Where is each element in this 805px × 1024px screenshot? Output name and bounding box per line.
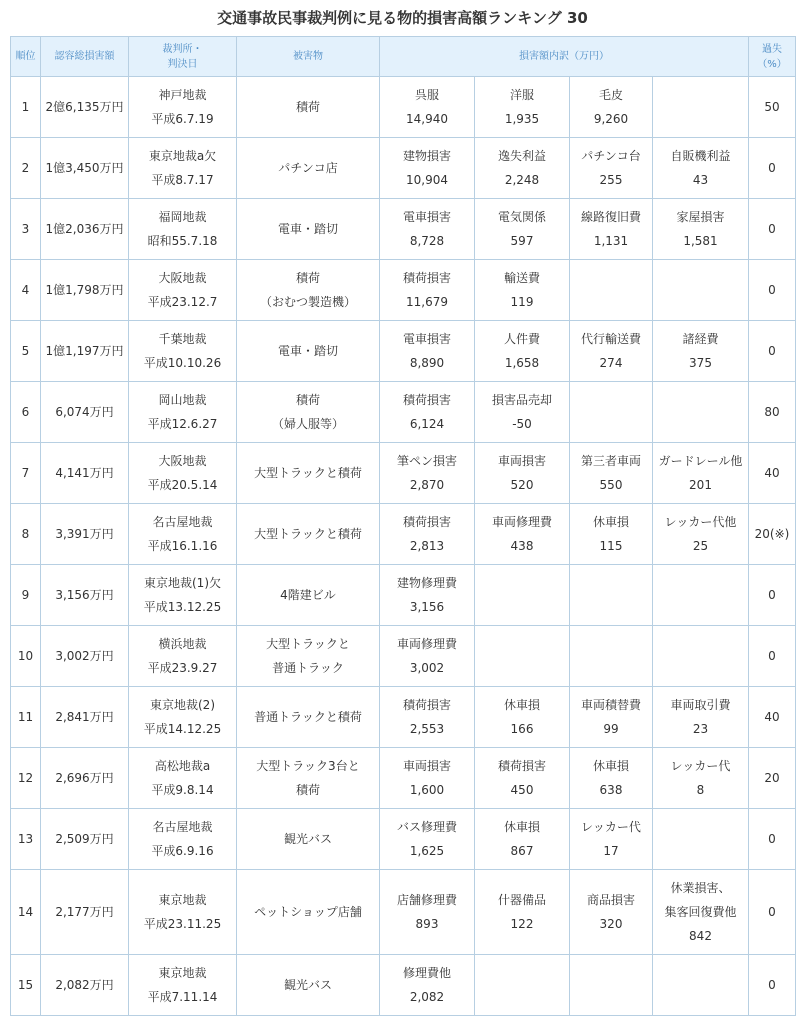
header-fault: 過失（%） xyxy=(749,37,796,77)
breakdown-label: 車両積替費 xyxy=(570,693,652,717)
court-name: 横浜地裁 xyxy=(129,632,236,656)
breakdown-cell: 家屋損害1,581 xyxy=(653,199,749,260)
header-court: 裁判所・判決日 xyxy=(129,37,237,77)
breakdown-label: レッカー代 xyxy=(570,815,652,839)
breakdown-label: 店舗修理費 xyxy=(380,888,474,912)
header-court-line1: 裁判所・ xyxy=(129,42,236,57)
breakdown-amount: 375 xyxy=(653,351,748,375)
breakdown-amount: 8,890 xyxy=(380,351,474,375)
breakdown-cell: 車両取引費23 xyxy=(653,687,749,748)
header-victim: 被害物 xyxy=(237,37,380,77)
breakdown-amount: 14,940 xyxy=(380,107,474,131)
judgment-date: 昭和55.7.18 xyxy=(129,229,236,253)
breakdown-amount: 201 xyxy=(653,473,748,497)
court-name: 東京地裁 xyxy=(129,888,236,912)
breakdown-label: 車両損害 xyxy=(380,754,474,778)
breakdown-amount: 2,870 xyxy=(380,473,474,497)
rank-cell: 8 xyxy=(11,504,41,565)
breakdown-label: 呉服 xyxy=(380,83,474,107)
breakdown-amount: 2,553 xyxy=(380,717,474,741)
breakdown-amount: 6,124 xyxy=(380,412,474,436)
court-name: 大阪地裁 xyxy=(129,266,236,290)
breakdown-amount: 1,131 xyxy=(570,229,652,253)
breakdown-amount: 1,658 xyxy=(475,351,569,375)
judgment-date: 平成12.6.27 xyxy=(129,412,236,436)
breakdown-cell: 車両修理費438 xyxy=(475,504,570,565)
judgment-date: 平成20.5.14 xyxy=(129,473,236,497)
breakdown-amount: 119 xyxy=(475,290,569,314)
breakdown-amount: -50 xyxy=(475,412,569,436)
breakdown-cell: ガードレール他201 xyxy=(653,443,749,504)
victim-cell: 積荷（おむつ製造機） xyxy=(237,260,380,321)
court-name: 東京地裁(2) xyxy=(129,693,236,717)
breakdown-cell: 休車損166 xyxy=(475,687,570,748)
rank-cell: 5 xyxy=(11,321,41,382)
breakdown-amount: 1,935 xyxy=(475,107,569,131)
breakdown-cell: 修理費他2,082 xyxy=(380,955,475,1016)
breakdown-label: 休車損 xyxy=(570,754,652,778)
breakdown-cell: 代行輸送費274 xyxy=(570,321,653,382)
breakdown-label: 休車損 xyxy=(570,510,652,534)
breakdown-cell: 積荷損害6,124 xyxy=(380,382,475,443)
breakdown-amount: 842 xyxy=(653,924,748,948)
breakdown-amount: 17 xyxy=(570,839,652,863)
fault-cell: 40 xyxy=(749,443,796,504)
rank-cell: 2 xyxy=(11,138,41,199)
breakdown-amount: 597 xyxy=(475,229,569,253)
breakdown-cell: 電気関係597 xyxy=(475,199,570,260)
breakdown-label: 逸失利益 xyxy=(475,144,569,168)
breakdown-label: 輸送費 xyxy=(475,266,569,290)
breakdown-cell: 洋服1,935 xyxy=(475,77,570,138)
breakdown-amount: 1,625 xyxy=(380,839,474,863)
fault-cell: 50 xyxy=(749,77,796,138)
victim-cell: 大型トラックと普通トラック xyxy=(237,626,380,687)
breakdown-cell xyxy=(570,260,653,321)
header-breakdown: 損害額内訳（万円） xyxy=(380,37,749,77)
breakdown-cell xyxy=(653,626,749,687)
breakdown-cell: 電車損害8,728 xyxy=(380,199,475,260)
breakdown-label: 休車損 xyxy=(475,693,569,717)
rank-cell: 9 xyxy=(11,565,41,626)
victim-line1: 大型トラックと積荷 xyxy=(237,461,379,485)
breakdown-label: 諸経費 xyxy=(653,327,748,351)
total-cell: 2億6,135万円 xyxy=(41,77,129,138)
victim-line1: 積荷 xyxy=(237,388,379,412)
breakdown-cell: 建物修理費3,156 xyxy=(380,565,475,626)
breakdown-cell: 線路復旧費1,131 xyxy=(570,199,653,260)
court-name: 東京地裁a欠 xyxy=(129,144,236,168)
breakdown-amount: 8,728 xyxy=(380,229,474,253)
breakdown-label: レッカー代他 xyxy=(653,510,748,534)
fault-cell: 0 xyxy=(749,955,796,1016)
rank-cell: 7 xyxy=(11,443,41,504)
breakdown-label: 車両損害 xyxy=(475,449,569,473)
breakdown-cell xyxy=(653,382,749,443)
breakdown-amount: 2,082 xyxy=(380,985,474,1009)
breakdown-label: 休業損害、 集客回復費他 xyxy=(653,876,748,924)
victim-cell: 観光バス xyxy=(237,809,380,870)
breakdown-label: 損害品売却 xyxy=(475,388,569,412)
breakdown-label: 什器備品 xyxy=(475,888,569,912)
judgment-date: 平成10.10.26 xyxy=(129,351,236,375)
breakdown-amount: 638 xyxy=(570,778,652,802)
judgment-date: 平成23.11.25 xyxy=(129,912,236,936)
total-cell: 1億1,798万円 xyxy=(41,260,129,321)
breakdown-label: バス修理費 xyxy=(380,815,474,839)
breakdown-cell: レッカー代17 xyxy=(570,809,653,870)
total-cell: 3,391万円 xyxy=(41,504,129,565)
breakdown-cell: 電車損害8,890 xyxy=(380,321,475,382)
breakdown-cell: レッカー代他25 xyxy=(653,504,749,565)
victim-cell: パチンコ店 xyxy=(237,138,380,199)
table-row: 142,177万円東京地裁平成23.11.25ペットショップ店舗店舗修理費893… xyxy=(11,870,796,955)
breakdown-cell xyxy=(653,260,749,321)
court-name: 東京地裁(1)欠 xyxy=(129,571,236,595)
breakdown-cell: 積荷損害2,553 xyxy=(380,687,475,748)
breakdown-label: 毛皮 xyxy=(570,83,652,107)
breakdown-cell xyxy=(653,77,749,138)
breakdown-cell: 什器備品122 xyxy=(475,870,570,955)
breakdown-label: 建物修理費 xyxy=(380,571,474,595)
total-cell: 3,156万円 xyxy=(41,565,129,626)
court-cell: 横浜地裁平成23.9.27 xyxy=(129,626,237,687)
court-cell: 名古屋地裁平成16.1.16 xyxy=(129,504,237,565)
judgment-date: 平成9.8.14 xyxy=(129,778,236,802)
fault-cell: 0 xyxy=(749,138,796,199)
breakdown-amount: 2,248 xyxy=(475,168,569,192)
court-name: 神戸地裁 xyxy=(129,83,236,107)
breakdown-cell: 車両修理費3,002 xyxy=(380,626,475,687)
court-name: 福岡地裁 xyxy=(129,205,236,229)
victim-line1: ペットショップ店舗 xyxy=(237,900,379,924)
table-row: 21億3,450万円東京地裁a欠平成8.7.17パチンコ店建物損害10,904逸… xyxy=(11,138,796,199)
header-fault-line1: 過失 xyxy=(749,42,795,57)
breakdown-amount: 23 xyxy=(653,717,748,741)
judgment-date: 平成16.1.16 xyxy=(129,534,236,558)
breakdown-amount: 115 xyxy=(570,534,652,558)
header-total: 認容総損害額 xyxy=(41,37,129,77)
rank-cell: 11 xyxy=(11,687,41,748)
breakdown-amount: 255 xyxy=(570,168,652,192)
table-row: 74,141万円大阪地裁平成20.5.14大型トラックと積荷筆ペン損害2,870… xyxy=(11,443,796,504)
breakdown-label: 家屋損害 xyxy=(653,205,748,229)
court-cell: 大阪地裁平成20.5.14 xyxy=(129,443,237,504)
victim-cell: 電車・踏切 xyxy=(237,199,380,260)
breakdown-amount: 1,581 xyxy=(653,229,748,253)
breakdown-amount: 10,904 xyxy=(380,168,474,192)
page-title: 交通事故民事裁判例に見る物的損害高額ランキング 30 xyxy=(0,0,805,36)
victim-cell: 電車・踏切 xyxy=(237,321,380,382)
victim-line1: 観光バス xyxy=(237,827,379,851)
rank-cell: 6 xyxy=(11,382,41,443)
table-row: 122,696万円高松地裁a平成9.8.14大型トラック3台と積荷車両損害1,6… xyxy=(11,748,796,809)
breakdown-cell: 店舗修理費893 xyxy=(380,870,475,955)
table-row: 51億1,197万円千葉地裁平成10.10.26電車・踏切電車損害8,890人件… xyxy=(11,321,796,382)
fault-cell: 0 xyxy=(749,565,796,626)
court-cell: 東京地裁平成23.11.25 xyxy=(129,870,237,955)
breakdown-label: 建物損害 xyxy=(380,144,474,168)
victim-cell: ペットショップ店舗 xyxy=(237,870,380,955)
victim-line2: （婦人服等） xyxy=(237,412,379,436)
total-cell: 1億2,036万円 xyxy=(41,199,129,260)
victim-cell: 観光バス xyxy=(237,955,380,1016)
total-cell: 2,082万円 xyxy=(41,955,129,1016)
victim-cell: 4階建ビル xyxy=(237,565,380,626)
breakdown-amount: 3,156 xyxy=(380,595,474,619)
victim-line1: 積荷 xyxy=(237,95,379,119)
victim-cell: 積荷（婦人服等） xyxy=(237,382,380,443)
judgment-date: 平成8.7.17 xyxy=(129,168,236,192)
breakdown-amount: 9,260 xyxy=(570,107,652,131)
breakdown-amount: 2,813 xyxy=(380,534,474,558)
table-row: 112,841万円東京地裁(2)平成14.12.25普通トラックと積荷積荷損害2… xyxy=(11,687,796,748)
breakdown-cell: パチンコ台255 xyxy=(570,138,653,199)
table-row: 66,074万円岡山地裁平成12.6.27積荷（婦人服等）積荷損害6,124損害… xyxy=(11,382,796,443)
breakdown-cell: 人件費1,658 xyxy=(475,321,570,382)
breakdown-label: 積荷損害 xyxy=(380,388,474,412)
judgment-date: 平成7.11.14 xyxy=(129,985,236,1009)
fault-cell: 0 xyxy=(749,260,796,321)
fault-cell: 0 xyxy=(749,199,796,260)
total-cell: 6,074万円 xyxy=(41,382,129,443)
breakdown-label: 休車損 xyxy=(475,815,569,839)
breakdown-cell xyxy=(653,565,749,626)
victim-line1: 観光バス xyxy=(237,973,379,997)
ranking-table: 順位 認容総損害額 裁判所・判決日 被害物 損害額内訳（万円） 過失（%） 12… xyxy=(10,36,796,1016)
victim-line1: 積荷 xyxy=(237,266,379,290)
breakdown-cell xyxy=(653,809,749,870)
total-cell: 1億1,197万円 xyxy=(41,321,129,382)
victim-cell: 大型トラック3台と積荷 xyxy=(237,748,380,809)
breakdown-cell: 積荷損害2,813 xyxy=(380,504,475,565)
victim-cell: 積荷 xyxy=(237,77,380,138)
judgment-date: 平成6.9.16 xyxy=(129,839,236,863)
rank-cell: 10 xyxy=(11,626,41,687)
fault-cell: 20 xyxy=(749,748,796,809)
court-cell: 東京地裁平成7.11.14 xyxy=(129,955,237,1016)
breakdown-cell: 積荷損害450 xyxy=(475,748,570,809)
judgment-date: 平成14.12.25 xyxy=(129,717,236,741)
court-cell: 大阪地裁平成23.12.7 xyxy=(129,260,237,321)
court-cell: 東京地裁(1)欠平成13.12.25 xyxy=(129,565,237,626)
victim-cell: 大型トラックと積荷 xyxy=(237,504,380,565)
breakdown-cell: 自販機利益43 xyxy=(653,138,749,199)
breakdown-amount: 550 xyxy=(570,473,652,497)
breakdown-label: パチンコ台 xyxy=(570,144,652,168)
breakdown-cell: 呉服14,940 xyxy=(380,77,475,138)
table-row: 103,002万円横浜地裁平成23.9.27大型トラックと普通トラック車両修理費… xyxy=(11,626,796,687)
breakdown-label: 洋服 xyxy=(475,83,569,107)
court-name: 岡山地裁 xyxy=(129,388,236,412)
breakdown-cell: 第三者車両550 xyxy=(570,443,653,504)
breakdown-label: 人件費 xyxy=(475,327,569,351)
victim-line2: 積荷 xyxy=(237,778,379,802)
fault-cell: 0 xyxy=(749,321,796,382)
court-name: 大阪地裁 xyxy=(129,449,236,473)
breakdown-cell: 筆ペン損害2,870 xyxy=(380,443,475,504)
header-fault-line2: （%） xyxy=(749,57,795,72)
court-cell: 東京地裁a欠平成8.7.17 xyxy=(129,138,237,199)
victim-line1: 大型トラック3台と xyxy=(237,754,379,778)
header-court-line2: 判決日 xyxy=(129,57,236,72)
victim-line1: 電車・踏切 xyxy=(237,217,379,241)
breakdown-amount: 99 xyxy=(570,717,652,741)
breakdown-cell xyxy=(475,626,570,687)
breakdown-cell: 車両積替費99 xyxy=(570,687,653,748)
victim-line1: 4階建ビル xyxy=(237,583,379,607)
header-rank: 順位 xyxy=(11,37,41,77)
court-name: 千葉地裁 xyxy=(129,327,236,351)
total-cell: 3,002万円 xyxy=(41,626,129,687)
total-cell: 2,177万円 xyxy=(41,870,129,955)
breakdown-cell xyxy=(653,955,749,1016)
breakdown-cell xyxy=(475,955,570,1016)
victim-line1: 大型トラックと積荷 xyxy=(237,522,379,546)
judgment-date: 平成23.9.27 xyxy=(129,656,236,680)
court-cell: 高松地裁a平成9.8.14 xyxy=(129,748,237,809)
breakdown-label: 電車損害 xyxy=(380,205,474,229)
court-cell: 名古屋地裁平成6.9.16 xyxy=(129,809,237,870)
breakdown-label: 商品損害 xyxy=(570,888,652,912)
breakdown-amount: 320 xyxy=(570,912,652,936)
court-cell: 東京地裁(2)平成14.12.25 xyxy=(129,687,237,748)
total-cell: 2,509万円 xyxy=(41,809,129,870)
victim-line1: 普通トラックと積荷 xyxy=(237,705,379,729)
total-cell: 1億3,450万円 xyxy=(41,138,129,199)
total-cell: 4,141万円 xyxy=(41,443,129,504)
court-name: 名古屋地裁 xyxy=(129,815,236,839)
breakdown-label: 電気関係 xyxy=(475,205,569,229)
breakdown-cell xyxy=(570,565,653,626)
breakdown-label: 積荷損害 xyxy=(380,693,474,717)
breakdown-label: 積荷損害 xyxy=(380,510,474,534)
rank-cell: 15 xyxy=(11,955,41,1016)
judgment-date: 平成6.7.19 xyxy=(129,107,236,131)
table-row: 41億1,798万円大阪地裁平成23.12.7積荷（おむつ製造機）積荷損害11,… xyxy=(11,260,796,321)
court-name: 高松地裁a xyxy=(129,754,236,778)
rank-cell: 13 xyxy=(11,809,41,870)
breakdown-cell: 損害品売却-50 xyxy=(475,382,570,443)
breakdown-cell: 毛皮9,260 xyxy=(570,77,653,138)
breakdown-amount: 1,600 xyxy=(380,778,474,802)
breakdown-cell: 休車損638 xyxy=(570,748,653,809)
breakdown-cell: 休車損115 xyxy=(570,504,653,565)
rank-cell: 4 xyxy=(11,260,41,321)
victim-cell: 大型トラックと積荷 xyxy=(237,443,380,504)
breakdown-cell: レッカー代8 xyxy=(653,748,749,809)
judgment-date: 平成23.12.7 xyxy=(129,290,236,314)
breakdown-cell xyxy=(570,955,653,1016)
breakdown-label: ガードレール他 xyxy=(653,449,748,473)
breakdown-label: 電車損害 xyxy=(380,327,474,351)
breakdown-label: 車両修理費 xyxy=(380,632,474,656)
breakdown-cell: 輸送費119 xyxy=(475,260,570,321)
breakdown-amount: 867 xyxy=(475,839,569,863)
breakdown-cell xyxy=(475,565,570,626)
breakdown-cell: バス修理費1,625 xyxy=(380,809,475,870)
fault-cell: 80 xyxy=(749,382,796,443)
breakdown-label: 積荷損害 xyxy=(475,754,569,778)
victim-cell: 普通トラックと積荷 xyxy=(237,687,380,748)
court-name: 名古屋地裁 xyxy=(129,510,236,534)
court-cell: 神戸地裁平成6.7.19 xyxy=(129,77,237,138)
breakdown-cell: 車両損害1,600 xyxy=(380,748,475,809)
court-name: 東京地裁 xyxy=(129,961,236,985)
breakdown-amount: 3,002 xyxy=(380,656,474,680)
breakdown-cell: 車両損害520 xyxy=(475,443,570,504)
rank-cell: 1 xyxy=(11,77,41,138)
total-cell: 2,841万円 xyxy=(41,687,129,748)
court-cell: 千葉地裁平成10.10.26 xyxy=(129,321,237,382)
table-row: 132,509万円名古屋地裁平成6.9.16観光バスバス修理費1,625休車損8… xyxy=(11,809,796,870)
breakdown-amount: 438 xyxy=(475,534,569,558)
fault-cell: 0 xyxy=(749,870,796,955)
table-row: 93,156万円東京地裁(1)欠平成13.12.254階建ビル建物修理費3,15… xyxy=(11,565,796,626)
breakdown-amount: 25 xyxy=(653,534,748,558)
victim-line1: 大型トラックと xyxy=(237,632,379,656)
breakdown-cell: 休業損害、 集客回復費他842 xyxy=(653,870,749,955)
breakdown-cell: 諸経費375 xyxy=(653,321,749,382)
rank-cell: 14 xyxy=(11,870,41,955)
breakdown-amount: 520 xyxy=(475,473,569,497)
breakdown-label: 修理費他 xyxy=(380,961,474,985)
fault-cell: 0 xyxy=(749,809,796,870)
breakdown-label: レッカー代 xyxy=(653,754,748,778)
breakdown-amount: 450 xyxy=(475,778,569,802)
judgment-date: 平成13.12.25 xyxy=(129,595,236,619)
breakdown-cell: 商品損害320 xyxy=(570,870,653,955)
court-cell: 福岡地裁昭和55.7.18 xyxy=(129,199,237,260)
fault-cell: 0 xyxy=(749,626,796,687)
fault-cell: 40 xyxy=(749,687,796,748)
victim-line1: 電車・踏切 xyxy=(237,339,379,363)
breakdown-amount: 11,679 xyxy=(380,290,474,314)
breakdown-cell xyxy=(570,626,653,687)
breakdown-label: 積荷損害 xyxy=(380,266,474,290)
breakdown-label: 代行輸送費 xyxy=(570,327,652,351)
breakdown-cell xyxy=(570,382,653,443)
breakdown-cell: 積荷損害11,679 xyxy=(380,260,475,321)
breakdown-amount: 8 xyxy=(653,778,748,802)
fault-cell: 20(※) xyxy=(749,504,796,565)
table-row: 83,391万円名古屋地裁平成16.1.16大型トラックと積荷積荷損害2,813… xyxy=(11,504,796,565)
table-row: 31億2,036万円福岡地裁昭和55.7.18電車・踏切電車損害8,728電気関… xyxy=(11,199,796,260)
breakdown-amount: 43 xyxy=(653,168,748,192)
breakdown-cell: 休車損867 xyxy=(475,809,570,870)
breakdown-amount: 274 xyxy=(570,351,652,375)
rank-cell: 12 xyxy=(11,748,41,809)
victim-line1: パチンコ店 xyxy=(237,156,379,180)
breakdown-label: 第三者車両 xyxy=(570,449,652,473)
victim-line2: 普通トラック xyxy=(237,656,379,680)
breakdown-label: 筆ペン損害 xyxy=(380,449,474,473)
table-row: 12億6,135万円神戸地裁平成6.7.19積荷呉服14,940洋服1,935毛… xyxy=(11,77,796,138)
breakdown-cell: 逸失利益2,248 xyxy=(475,138,570,199)
table-row: 152,082万円東京地裁平成7.11.14観光バス修理費他2,0820 xyxy=(11,955,796,1016)
victim-line2: （おむつ製造機） xyxy=(237,290,379,314)
breakdown-label: 車両修理費 xyxy=(475,510,569,534)
rank-cell: 3 xyxy=(11,199,41,260)
breakdown-label: 線路復旧費 xyxy=(570,205,652,229)
breakdown-label: 自販機利益 xyxy=(653,144,748,168)
breakdown-amount: 122 xyxy=(475,912,569,936)
breakdown-cell: 建物損害10,904 xyxy=(380,138,475,199)
header-row: 順位 認容総損害額 裁判所・判決日 被害物 損害額内訳（万円） 過失（%） xyxy=(11,37,796,77)
court-cell: 岡山地裁平成12.6.27 xyxy=(129,382,237,443)
total-cell: 2,696万円 xyxy=(41,748,129,809)
breakdown-amount: 166 xyxy=(475,717,569,741)
